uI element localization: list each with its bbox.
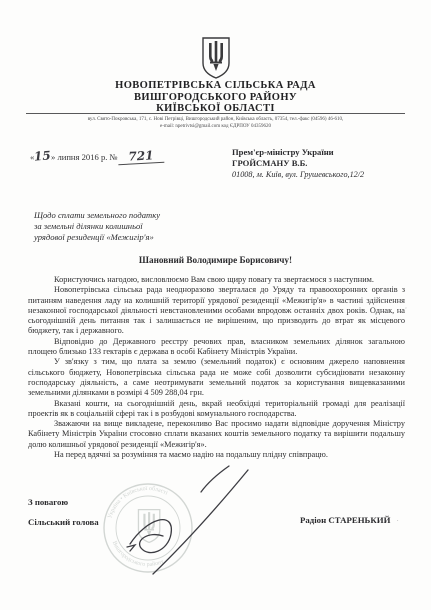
paragraph: Вказані кошти, на сьогоднішній день, вкр…	[28, 399, 405, 420]
letterhead-divider	[26, 113, 405, 114]
recipient-title: Прем'єр-міністру України	[232, 147, 364, 158]
paragraph: Відповідно до Державного реєстру речових…	[28, 337, 405, 358]
signer-title: Сільський голова	[28, 517, 99, 527]
org-name: НОВОПЕТРІВСЬКА СІЛЬСЬКА РАДА ВИШГОРОДСЬК…	[0, 80, 431, 115]
paragraph: У зв'язку з тим, що плата за землю (земе…	[28, 357, 405, 398]
salutation: Шановний Володимире Борисовичу!	[0, 255, 431, 265]
signer-name: Радіон СТАРЕНЬКИЙ	[300, 515, 390, 525]
letterhead-address: вул. Свято-Покровська, 171, с. Нові Петр…	[0, 117, 431, 130]
handwritten-doc-number: 721	[117, 148, 164, 165]
scan-artifact: .	[397, 517, 399, 523]
scan-artifact: ᵕ	[405, 306, 407, 312]
scanned-letter-page: НОВОПЕТРІВСЬКА СІЛЬСЬКА РАДА ВИШГОРОДСЬК…	[0, 0, 431, 610]
scan-artifact: ,	[399, 422, 401, 428]
closing-regards: З повагою	[28, 497, 68, 507]
letter-body: Користуючись нагодою, висловлюємо Вам св…	[28, 275, 405, 460]
signature	[105, 452, 275, 597]
subject-line3: урядової резиденції «Межигір'я»	[34, 232, 160, 243]
paragraph: Зважаючи на вище викладене, переконливо …	[28, 419, 405, 450]
subject-line2: за земельні ділянки колишньої	[34, 221, 160, 232]
date-number-line: «15» липня 2016 р. №721	[30, 149, 164, 164]
org-name-line2: ВИШГОРОДСЬКОГО РАЙОНУ	[0, 92, 431, 104]
org-name-line1: НОВОПЕТРІВСЬКА СІЛЬСЬКА РАДА	[0, 80, 431, 92]
subject-block: Щодо сплати земельного податку за земель…	[34, 210, 160, 243]
handwritten-day: 15	[34, 148, 52, 163]
address-line2: e-mail: npetrivtsi@gmail.com код ЄДРПОУ …	[0, 124, 431, 131]
paragraph: Користуючись нагодою, висловлюємо Вам св…	[28, 275, 405, 285]
recipient-block: Прем'єр-міністру України ГРОЙСМАНУ В.Б. …	[232, 147, 364, 180]
subject-line1: Щодо сплати земельного податку	[34, 210, 160, 221]
recipient-name: ГРОЙСМАНУ В.Б.	[232, 158, 364, 169]
recipient-address: 01008, м. Київ, вул. Грушевського,12/2	[232, 169, 364, 180]
date-printed: липня 2016 р. №	[55, 152, 117, 162]
tryzub-shield-icon	[200, 36, 232, 85]
paragraph: Новопетрівська сільська рада неодноразов…	[28, 285, 405, 336]
